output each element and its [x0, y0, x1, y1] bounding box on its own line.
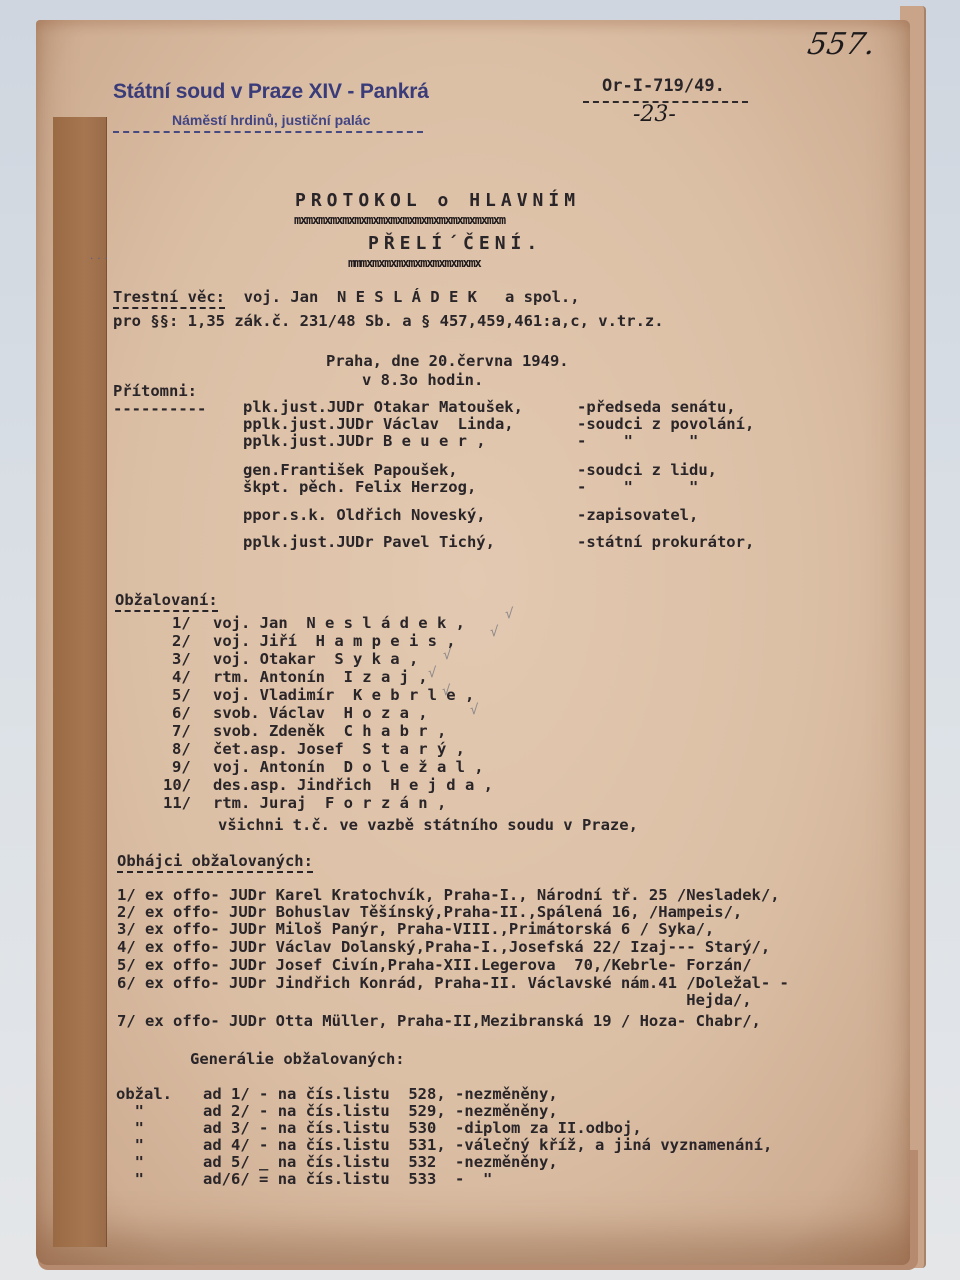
- present-member-name: pplk.just.JUDr Václav Linda,: [243, 415, 514, 433]
- accused-label: Obžalovaní:: [115, 591, 218, 609]
- custody-note: všichni t.č. ve vazbě státního soudu v P…: [218, 816, 638, 834]
- generalia-prefix: ": [116, 1136, 144, 1154]
- generalia-row: ad 5/ _ na čís.listu 532 -nezměněny,: [203, 1153, 558, 1171]
- generalia-prefix: ": [116, 1170, 144, 1188]
- defender-entry: 2/ ex offo- JUDr Bohuslav Těšínský,Praha…: [117, 903, 742, 921]
- defender-entry: 4/ ex offo- JUDr Václav Dolanský,Praha-I…: [117, 938, 770, 956]
- defender-entry: 3/ ex offo- JUDr Miloš Panýr, Praha-VIII…: [117, 920, 714, 938]
- present-member-name: gen.František Papoušek,: [243, 461, 458, 479]
- present-member-role: -soudci z lidu,: [577, 461, 717, 479]
- accused-name: svob. Václav H o z a ,: [213, 704, 428, 722]
- generalia-prefix: ": [116, 1102, 144, 1120]
- accused-number: 3/: [172, 650, 191, 668]
- accused-number: 1/: [172, 614, 191, 632]
- title-strikeline-1: mxmxmxmxmxmxmxmxmxmxmxmxmxmxmxmxmxm: [294, 213, 505, 227]
- accused-name: rtm. Juraj F o r z á n ,: [213, 794, 446, 812]
- accused-name: rtm. Antonín I z a j ,: [213, 668, 428, 686]
- title-strikeline-2: mmmxmxmxmxmxmxmxmxmxmx: [348, 256, 481, 270]
- present-member-role: -soudci z povolání,: [577, 415, 754, 433]
- present-member-name: plk.just.JUDr Otakar Matoušek,: [243, 398, 523, 416]
- accused-number: 11/: [163, 794, 191, 812]
- accused-name: voj. Antonín D o l e ž a l ,: [213, 758, 484, 776]
- generalia-row: ad 1/ - na čís.listu 528, -nezměněny,: [203, 1085, 558, 1103]
- pencil-check-icon: √: [428, 665, 436, 681]
- defender-entry: 6/ ex offo- JUDr Jindřich Konrád, Praha-…: [117, 974, 789, 992]
- accused-number: 10/: [163, 776, 191, 794]
- case-line: Trestní věc: voj. Jan N E S L Á D E K a …: [113, 288, 580, 306]
- ink-marks: ˙˙˙: [88, 256, 110, 270]
- accused-name: des.asp. Jindřich H e j d a ,: [213, 776, 493, 794]
- accused-name: svob. Zdeněk C h a b r ,: [213, 722, 446, 740]
- accused-number: 9/: [172, 758, 191, 776]
- generalia-label: Generálie obžalovaných:: [190, 1050, 405, 1068]
- generalia-row: ad/6/ = na čís.listu 533 - ": [203, 1170, 492, 1188]
- title-line-2: PŘELÍ´ČENÍ.: [368, 233, 542, 254]
- defender-entry: 5/ ex offo- JUDr Josef Civín,Praha-XII.L…: [117, 956, 752, 974]
- document-content: 557. Státní soud v Praze XIV - Pankrá Ná…: [0, 0, 960, 1280]
- case-paragraphs: pro §§: 1,35 zák.č. 231/48 Sb. a § 457,4…: [113, 312, 664, 330]
- accused-number: 4/: [172, 668, 191, 686]
- present-label: Přítomni:: [113, 382, 197, 400]
- case-label: Trestní věc:: [113, 288, 225, 309]
- generalia-prefix: obžal.: [116, 1085, 172, 1103]
- title-line-1: PROTOKOL o HLAVNÍM: [295, 190, 580, 211]
- case-reference: Or-I-719/49.: [602, 76, 725, 96]
- present-member-role: -zapisovatel,: [577, 506, 698, 524]
- court-stamp-name: Státní soud v Praze XIV - Pankrá: [113, 80, 429, 104]
- pencil-check-icon: √: [470, 702, 478, 718]
- time-line: v 8.3o hodin.: [362, 371, 483, 389]
- court-stamp-address: Náměstí hrdinů, justiční palác: [172, 112, 370, 128]
- generalia-row: ad 3/ - na čís.listu 530 -diplom za II.o…: [203, 1119, 642, 1137]
- present-member-role: - " ": [577, 478, 698, 496]
- generalia-row: ad 2/ - na čís.listu 529, -nezměněny,: [203, 1102, 558, 1120]
- present-label-rule: ----------: [113, 400, 206, 418]
- stamp-divider: [113, 131, 423, 133]
- pencil-check-icon: √: [505, 606, 513, 622]
- accused-name: voj. Jan N e s l á d e k ,: [213, 614, 465, 632]
- accused-name: čet.asp. Josef S t a r ý ,: [213, 740, 465, 758]
- accused-name: voj. Vladimír K e b r l e ,: [213, 686, 474, 704]
- generalia-prefix: ": [116, 1119, 144, 1137]
- sheet-number: -23-: [633, 102, 676, 127]
- accused-number: 7/: [172, 722, 191, 740]
- accused-number: 2/: [172, 632, 191, 650]
- pencil-check-icon: √: [442, 683, 450, 699]
- pencil-check-icon: √: [490, 624, 498, 640]
- accused-number: 5/: [172, 686, 191, 704]
- case-subject: voj. Jan N E S L Á D E K a spol.,: [244, 288, 580, 306]
- present-member-role: -předseda senátu,: [577, 398, 736, 416]
- present-member-name: ppor.s.k. Oldřich Noveský,: [243, 506, 486, 524]
- present-member-role: - " ": [577, 432, 698, 450]
- present-member-name: škpt. pěch. Felix Herzog,: [243, 478, 476, 496]
- present-member-role: -státní prokurátor,: [577, 533, 754, 551]
- accused-number: 8/: [172, 740, 191, 758]
- accused-name: voj. Jiří H a m p e i s ,: [213, 632, 456, 650]
- defender-entry: 7/ ex offo- JUDr Otta Müller, Praha-II,M…: [117, 1012, 761, 1030]
- present-member-name: pplk.just.JUDr Pavel Tichý,: [243, 533, 495, 551]
- defender-entry-continued: Hejda/,: [117, 991, 752, 1009]
- generalia-prefix: ": [116, 1153, 144, 1171]
- defender-entry: 1/ ex offo- JUDr Karel Kratochvík, Praha…: [117, 886, 780, 904]
- present-member-name: pplk.just.JUDr B e u e r ,: [243, 432, 486, 450]
- accused-name: voj. Otakar S y k a ,: [213, 650, 418, 668]
- date-line: Praha, dne 20.června 1949.: [326, 352, 569, 370]
- generalia-row: ad 4/ - na čís.listu 531, -válečný kříž,…: [203, 1136, 772, 1154]
- defenders-label: Obhájci obžalovaných:: [117, 852, 313, 870]
- folio-number: 557.: [805, 27, 878, 62]
- pencil-check-icon: √: [443, 647, 451, 663]
- accused-number: 6/: [172, 704, 191, 722]
